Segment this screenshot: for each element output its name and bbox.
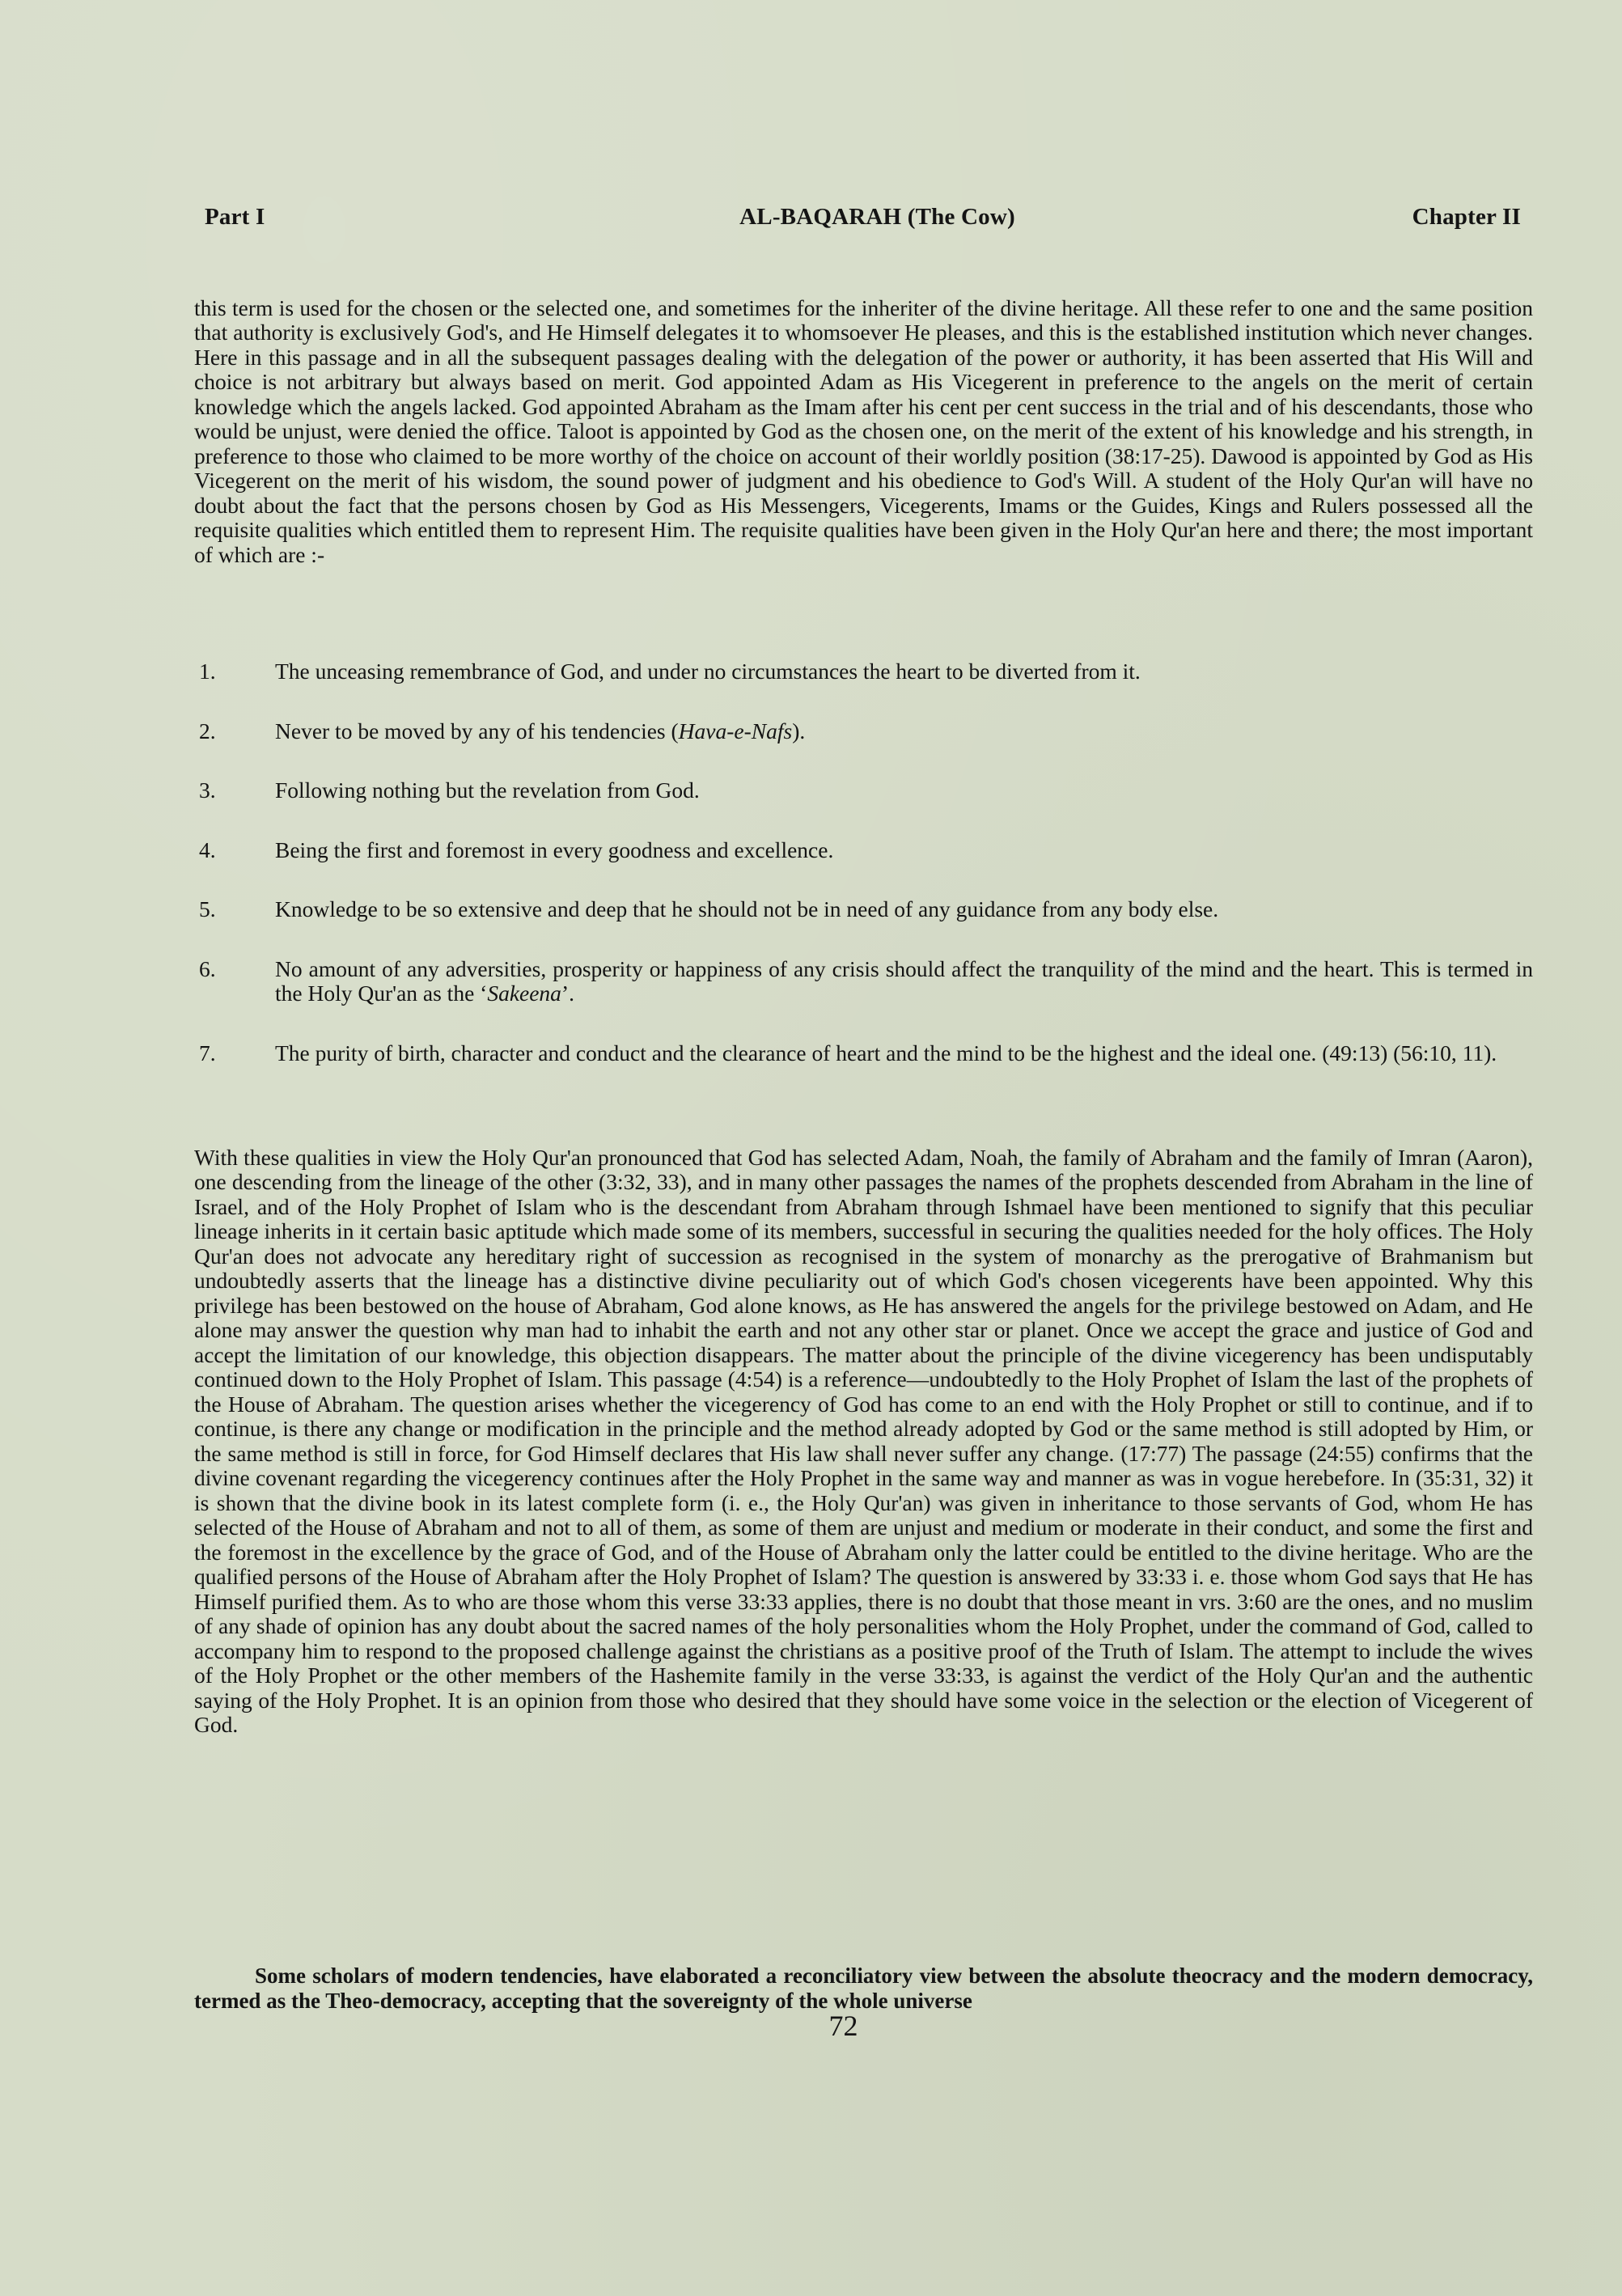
- list-number: 1.: [199, 659, 216, 684]
- list-text: Following nothing but the revelation fro…: [275, 777, 700, 803]
- list-number: 2.: [199, 719, 216, 744]
- paragraph-intro: this term is used for the chosen or the …: [194, 296, 1533, 568]
- italic-term: Hava-e-Nafs: [679, 718, 793, 743]
- list-item: 3. Following nothing but the revelation …: [194, 778, 1533, 803]
- chapter-title: AL-BAQARAH (The Cow): [205, 204, 1521, 231]
- list-number: 4.: [199, 838, 216, 863]
- list-text: The unceasing remembrance of God, and un…: [275, 659, 1141, 684]
- book-page: Part I AL-BAQARAH (The Cow) Chapter II t…: [0, 0, 1622, 2296]
- paragraph-lineage: With these qualities in view the Holy Qu…: [194, 1146, 1533, 1738]
- list-text: No amount of any adversities, prosperity…: [275, 956, 1533, 1006]
- qualities-list: 1. The unceasing remembrance of God, and…: [194, 659, 1533, 1065]
- running-head: Part I AL-BAQARAH (The Cow) Chapter II: [205, 204, 1521, 236]
- paragraph-theo-democracy: Some scholars of modern tendencies, have…: [194, 1963, 1533, 2013]
- list-text: Never to be moved by any of his tendenci…: [275, 718, 679, 743]
- list-item: 5. Knowledge to be so extensive and deep…: [194, 897, 1533, 922]
- list-text: The purity of birth, character and condu…: [275, 1040, 1497, 1065]
- page-number: 72: [0, 2009, 1622, 2043]
- list-text: Being the first and foremost in every go…: [275, 837, 833, 862]
- list-item: 6. No amount of any adversities, prosper…: [194, 957, 1533, 1006]
- list-item: 1. The unceasing remembrance of God, and…: [194, 659, 1533, 684]
- list-number: 3.: [199, 778, 216, 803]
- list-number: 5.: [199, 897, 216, 922]
- italic-term: Sakeena: [487, 981, 561, 1006]
- list-number: 6.: [199, 957, 216, 982]
- list-item: 2. Never to be moved by any of his tende…: [194, 719, 1533, 744]
- list-item: 4. Being the first and foremost in every…: [194, 838, 1533, 863]
- list-text-end: ).: [792, 718, 805, 743]
- list-number: 7.: [199, 1041, 216, 1066]
- list-text: Knowledge to be so extensive and deep th…: [275, 896, 1218, 921]
- list-item: 7. The purity of birth, character and co…: [194, 1041, 1533, 1066]
- list-text-end: ’.: [561, 981, 574, 1006]
- chapter-label: Chapter II: [1412, 204, 1521, 231]
